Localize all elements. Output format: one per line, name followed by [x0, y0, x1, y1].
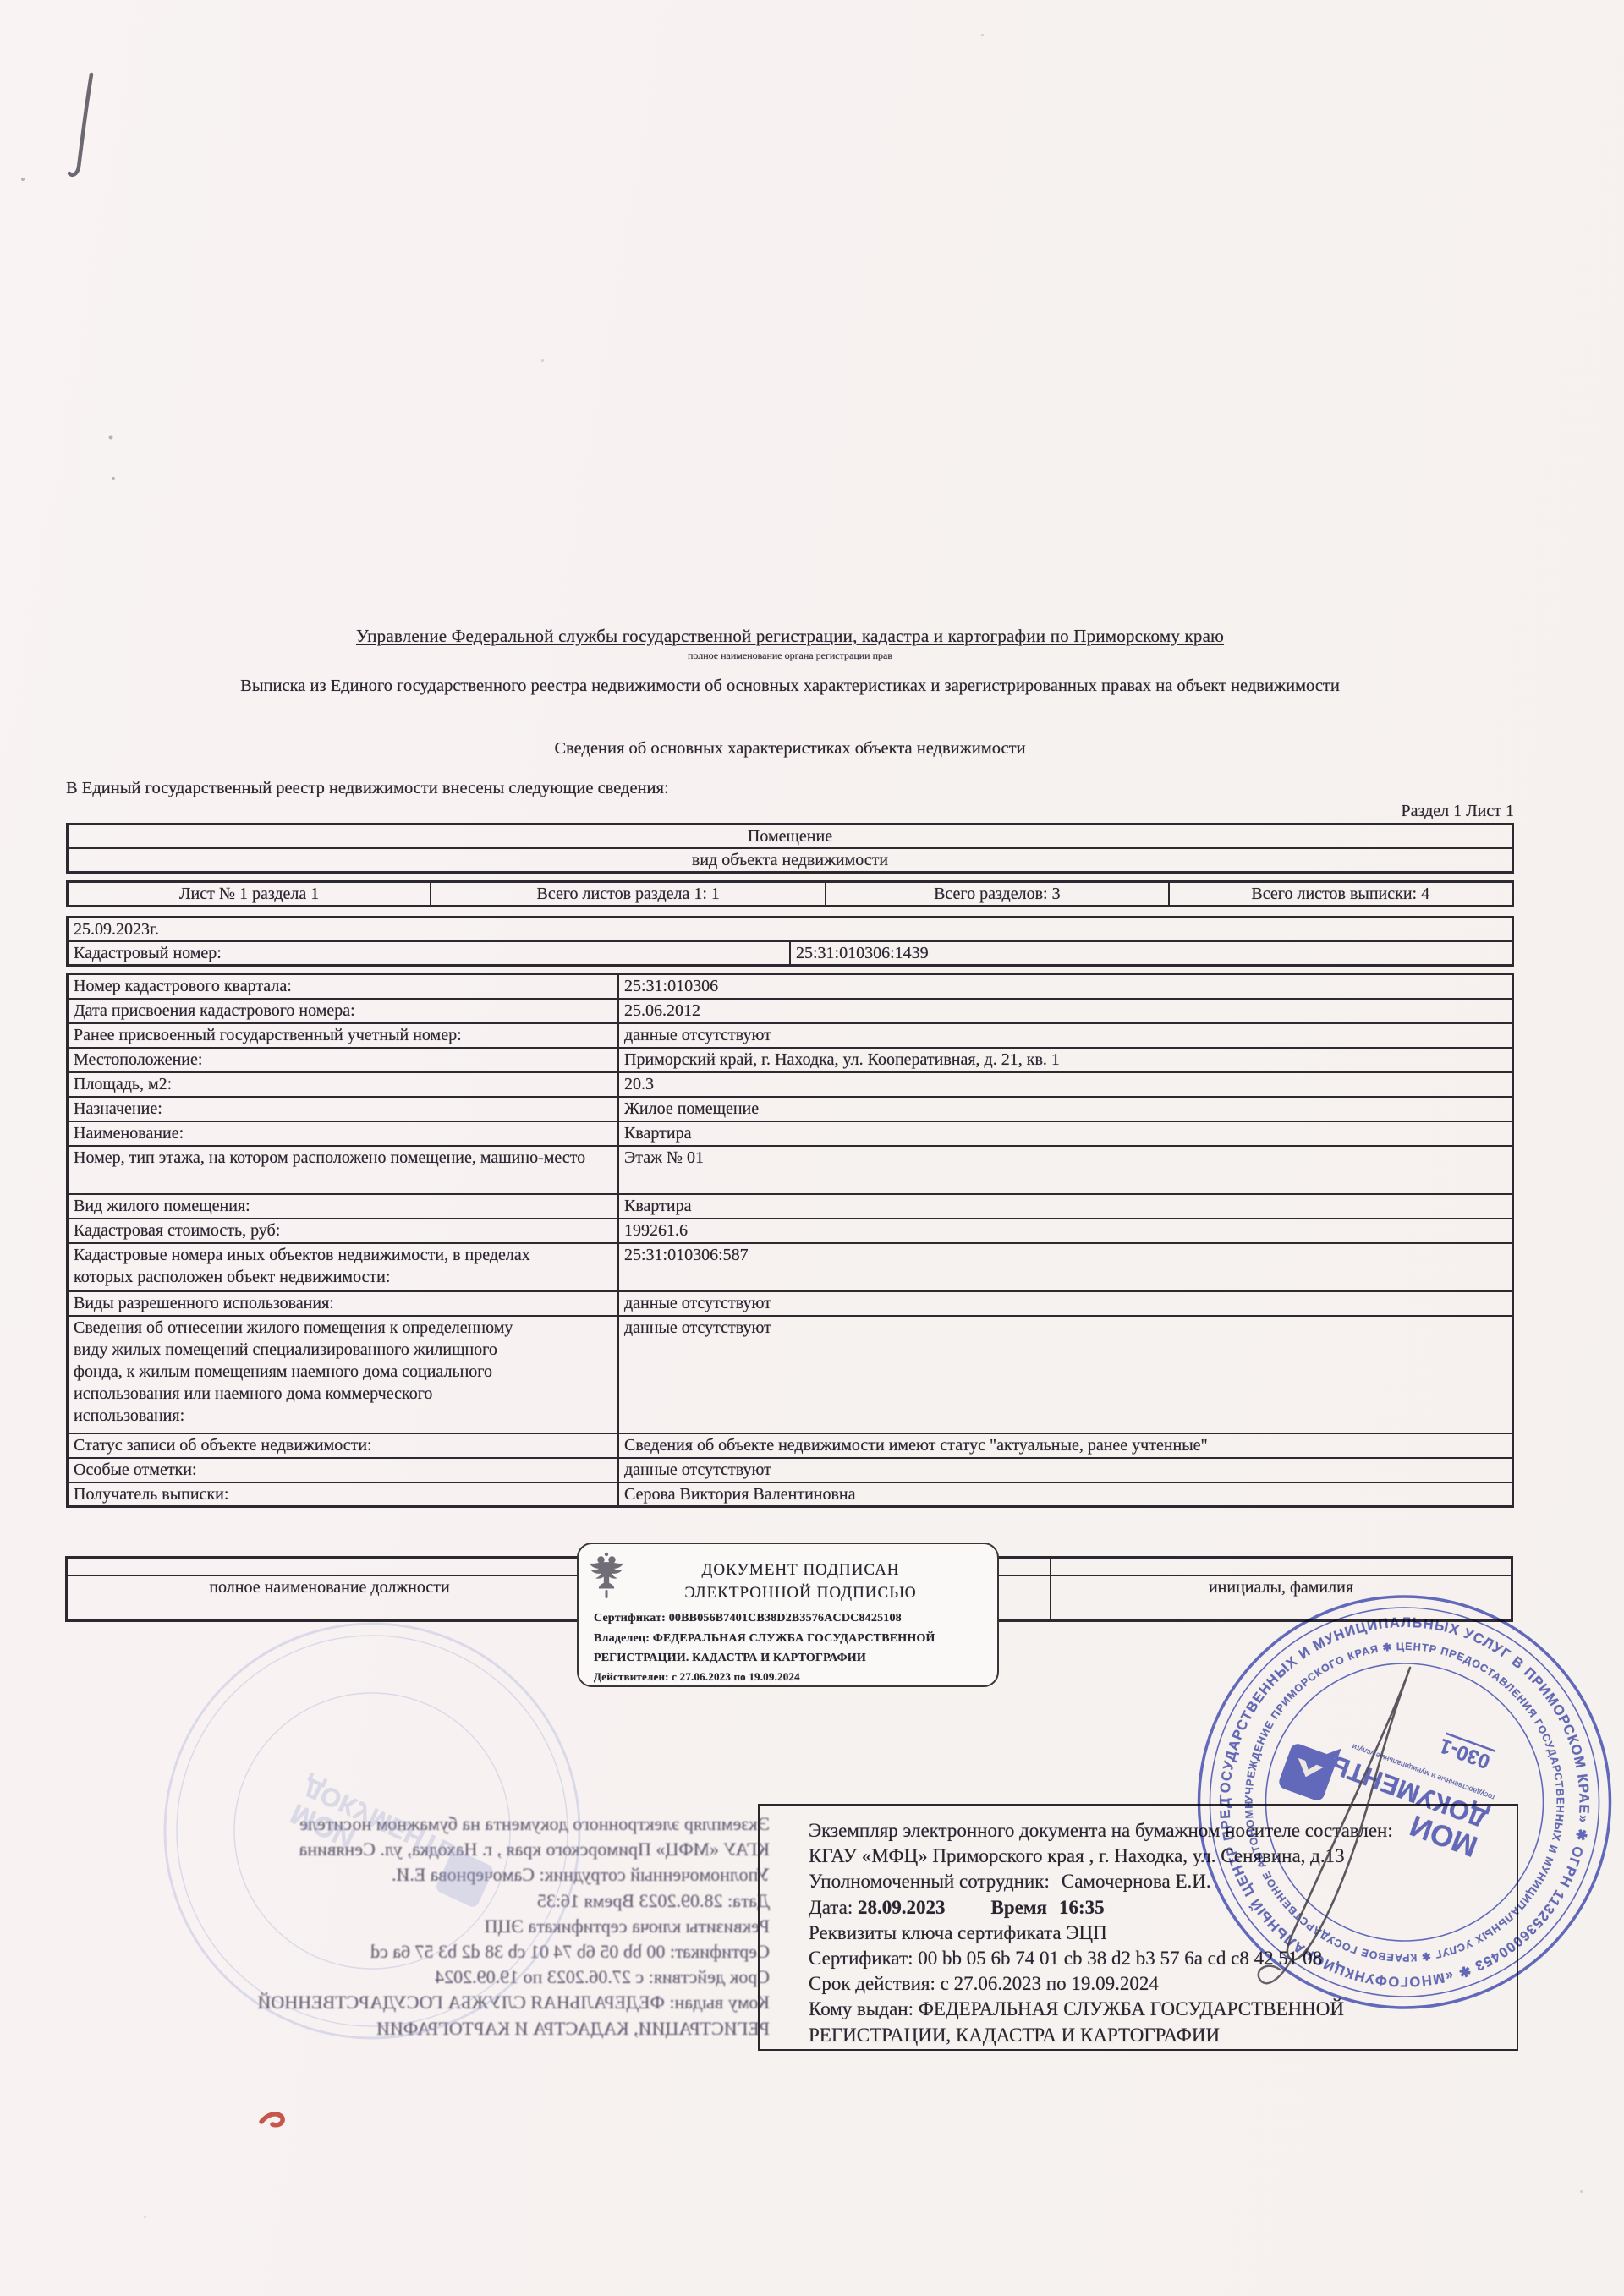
- row-value: 25.06.2012: [618, 999, 1513, 1023]
- mfc-round-stamp: ГОСУДАРСТВЕННЫХ И МУНИЦИПАЛЬНЫХ УСЛУГ В …: [1191, 1592, 1618, 2019]
- row-label: Получатель выписки:: [68, 1482, 619, 1507]
- esign-validity: Действителен: с 27.06.2023 по 19.09.2024: [594, 1670, 800, 1684]
- row-label: Кадастровая стоимость, руб:: [68, 1219, 619, 1243]
- section-heading: Сведения об основных характеристиках объ…: [66, 739, 1514, 759]
- red-squiggle-mark: [261, 2114, 283, 2125]
- sheet-cell: Всего разделов: 3: [826, 882, 1168, 907]
- employee-name: Самочернова Е.И.: [1062, 1871, 1211, 1892]
- pen-slash-mark: [69, 74, 91, 175]
- org-name-caption: полное наименование органа регистрации п…: [66, 649, 1514, 662]
- row-value: данные отсутствуют: [618, 1291, 1513, 1316]
- date-cadastral-table: 25.09.2023г. Кадастровый номер: 25:31:01…: [66, 916, 1514, 967]
- time-value: 16:35: [1059, 1897, 1105, 1918]
- row-value: Серова Виктория Валентиновна: [618, 1482, 1513, 1507]
- row-value: 199261.6: [618, 1219, 1513, 1243]
- characteristics-table: Номер кадастрового квартала:25:31:010306…: [66, 973, 1514, 1508]
- row-value: 25:31:010306:1439: [790, 941, 1513, 966]
- row-value: Жилое помещение: [618, 1097, 1513, 1121]
- esign-certificate: Сертификат: 00BB056B7401CB38D2B3576ACDC8…: [594, 1612, 902, 1625]
- moi-dokumenty-logo-icon: [1277, 1732, 1341, 1802]
- object-type-value: Помещение: [68, 825, 1513, 849]
- dust-speck: [981, 34, 984, 36]
- row-label: Наименование:: [68, 1121, 619, 1146]
- row-label: Статус записи об объекте недвижимости:: [68, 1433, 619, 1458]
- sheet-cell: Всего листов раздела 1: 1: [431, 882, 826, 907]
- row-value: 20.3: [618, 1072, 1513, 1097]
- dust-speck: [1580, 2190, 1583, 2193]
- sheet-cell: Лист № 1 раздела 1: [68, 882, 431, 907]
- row-value: данные отсутствуют: [618, 1458, 1513, 1482]
- sheet-cell: Всего листов выписки: 4: [1169, 882, 1513, 907]
- row-value: 25:31:010306:587: [618, 1243, 1513, 1291]
- document-title: Выписка из Единого государственного реес…: [66, 677, 1514, 696]
- esign-owner-line1: Владелец: ФЕДЕРАЛЬНАЯ СЛУЖБА ГОСУДАРСТВЕ…: [594, 1632, 935, 1646]
- record-date: 25.09.2023г.: [68, 918, 1513, 942]
- esign-title-line1: ДОКУМЕНТ ПОДПИСАН: [612, 1561, 989, 1580]
- row-value: Сведения об объекте недвижимости имеют с…: [618, 1433, 1513, 1458]
- row-label: Номер, тип этажа, на котором расположено…: [68, 1146, 619, 1194]
- dust-speck: [541, 359, 544, 362]
- copy-line9: РЕГИСТРАЦИИ, КАДАСТРА И КАРТОГРАФИИ: [809, 2023, 1508, 2048]
- date-label: Дата:: [809, 1897, 853, 1918]
- esign-stamp-box: ДОКУМЕНТ ПОДПИСАН ЭЛЕКТРОННОЙ ПОДПИСЬЮ С…: [577, 1543, 999, 1687]
- esign-owner-line2: РЕГИСТРАЦИИ. КАДАСТРА И КАРТОГРАФИИ: [594, 1652, 866, 1665]
- row-label: Ранее присвоенный государственный учетны…: [68, 1023, 619, 1048]
- row-value: Квартира: [618, 1194, 1513, 1219]
- row-value: 25:31:010306: [618, 974, 1513, 999]
- object-type-caption: вид объекта недвижимости: [68, 848, 1513, 873]
- dust-speck: [144, 2216, 146, 2218]
- row-value: данные отсутствуют: [618, 1316, 1513, 1433]
- employee-label: Уполномоченный сотрудник:: [809, 1871, 1050, 1892]
- ghost-stamp: МОИ ДОКУМЕНТЫ: [127, 1611, 617, 2051]
- object-type-table: Помещение вид объекта недвижимости: [66, 823, 1514, 874]
- row-label: Сведения об отнесении жилого помещения к…: [74, 1317, 540, 1427]
- row-label: Кадастровые номера иных объектов недвижи…: [74, 1244, 540, 1288]
- row-label: Виды разрешенного использования:: [68, 1291, 619, 1316]
- esign-title-line2: ЭЛЕКТРОННОЙ ПОДПИСЬЮ: [612, 1584, 989, 1603]
- intro-line: В Единый государственный реестр недвижим…: [66, 779, 669, 798]
- row-value: Этаж № 01: [618, 1146, 1513, 1194]
- scanned-egrn-extract-page: Экземпляр электронного документа на бума…: [0, 0, 1624, 2296]
- org-name-heading: Управление Федеральной службы государств…: [66, 626, 1514, 647]
- row-label: Местоположение:: [68, 1048, 619, 1072]
- row-label: Кадастровый номер:: [68, 941, 791, 966]
- row-label: Площадь, м2:: [68, 1072, 619, 1097]
- date-value: 28.09.2023: [858, 1897, 946, 1918]
- row-value: Квартира: [618, 1121, 1513, 1146]
- sheets-info-table: Лист № 1 раздела 1 Всего листов раздела …: [66, 880, 1514, 907]
- row-label: Вид жилого помещения:: [68, 1194, 619, 1219]
- row-value: данные отсутствуют: [618, 1023, 1513, 1048]
- row-label: Дата присвоения кадастрового номера:: [68, 999, 619, 1023]
- row-label: Номер кадастрового квартала:: [68, 974, 619, 999]
- time-label: Время: [990, 1897, 1046, 1918]
- row-label: Назначение:: [68, 1097, 619, 1121]
- row-value: Приморский край, г. Находка, ул. Коопера…: [618, 1048, 1513, 1072]
- row-label: Особые отметки:: [68, 1458, 619, 1482]
- section-sheet-label: Раздел 1 Лист 1: [66, 802, 1514, 821]
